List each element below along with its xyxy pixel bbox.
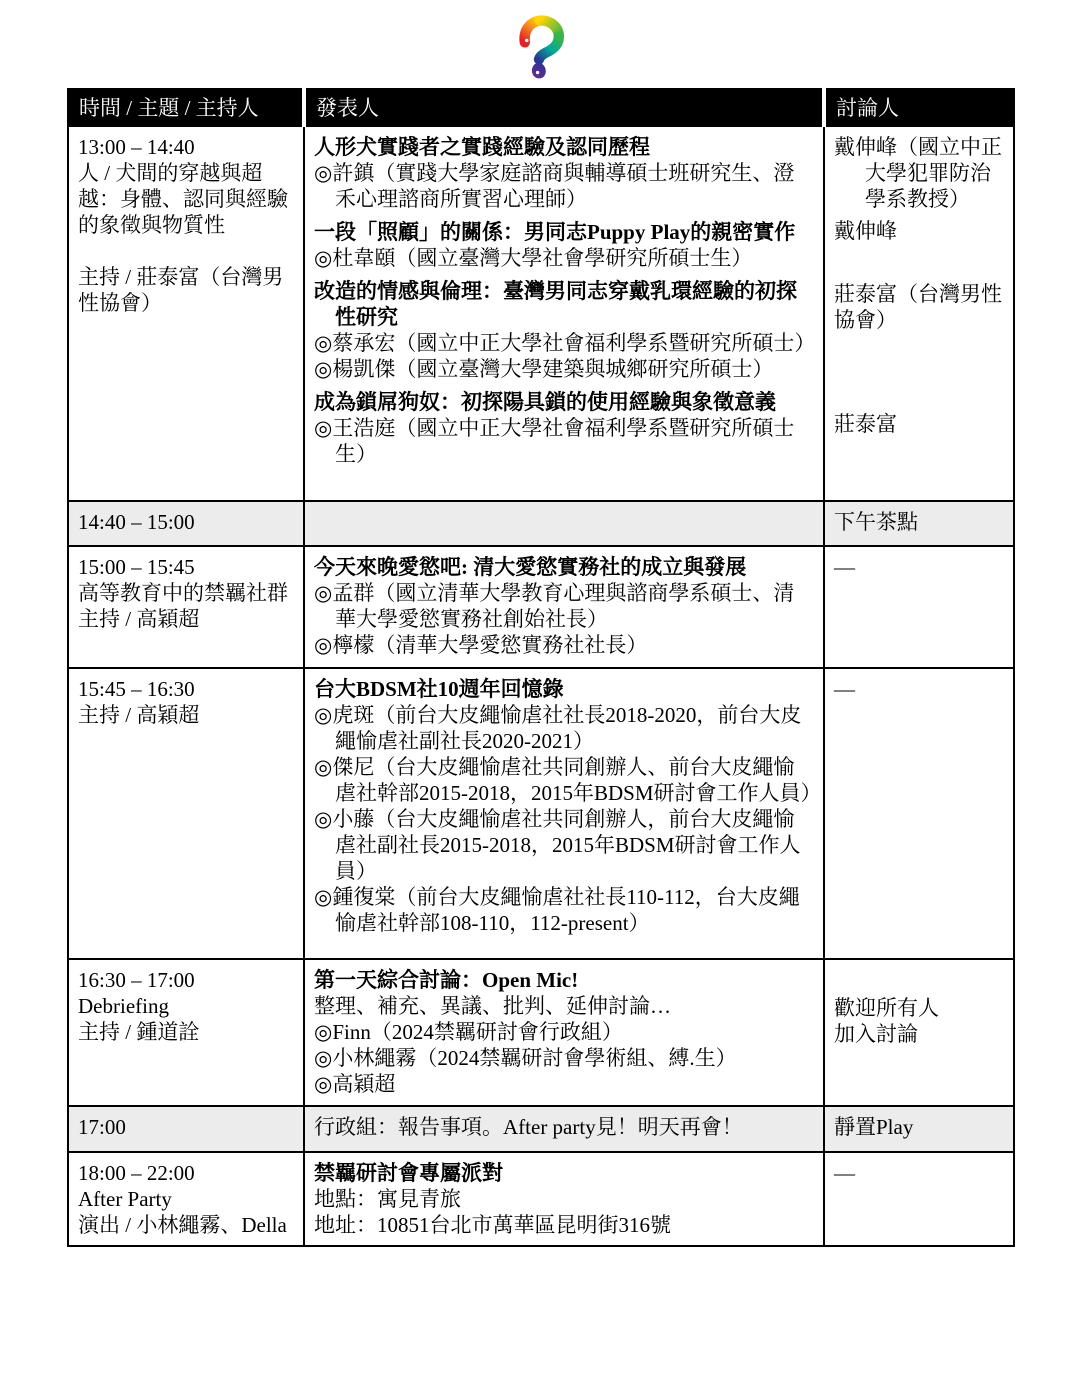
presenter: ◎Finn（2024禁羈研討會行政組）: [314, 1019, 815, 1045]
session-host: 演出 / 小林繩霧、Della: [78, 1212, 295, 1238]
session-host: 主持 / 高穎超: [78, 606, 295, 632]
presentation: 台大BDSM社10週年回憶錄 ◎虎斑（前台大皮繩愉虐社社長2018-2020，前…: [314, 676, 815, 936]
col-header-discussants: 討論人: [824, 89, 1014, 126]
presenter: ◎蔡承宏（國立中正大學社會福利學系暨研究所碩士）: [314, 330, 815, 356]
break-empty-cell: [304, 501, 824, 546]
discussant: 戴伸峰（國立中正大學犯罪防治學系教授）: [834, 134, 1005, 212]
discussant-dash: —: [834, 676, 1005, 702]
discussant-note: 靜置Play: [834, 1114, 1005, 1140]
presentation: 改造的情感與倫理：臺灣男同志穿戴乳環經驗的初探性研究 ◎蔡承宏（國立中正大學社會…: [314, 278, 815, 382]
discussant: 莊泰富: [834, 411, 1005, 437]
presenter: ◎孟群（國立清華大學教育心理與諮商學系碩士、清華大學愛慾實務社創始社長）: [314, 580, 815, 632]
presentation-title: 成為鎖屌狗奴：初探陽具鎖的使用經驗與象徵意義: [314, 389, 815, 415]
presentation-title: 禁羈研討會專屬派對: [314, 1160, 815, 1186]
announcement-discussant-cell: 靜置Play: [824, 1106, 1014, 1152]
session-time: 16:30 – 17:00: [78, 967, 295, 993]
session-row-1: 13:00 – 14:40 人 / 犬間的穿越與超越：身體、認同與經驗的象徵與物…: [68, 126, 1014, 501]
presenter: ◎高穎超: [314, 1071, 815, 1097]
presenter: ◎楊凱傑（國立臺灣大學建築與城鄉研究所碩士）: [314, 356, 815, 382]
presentation-title: 一段「照顧」的關係：男同志Puppy Play的親密實作: [314, 219, 815, 245]
presentation: 一段「照顧」的關係：男同志Puppy Play的親密實作 ◎杜韋頤（國立臺灣大學…: [314, 219, 815, 271]
presentation-title: 今天來晚愛慾吧: 清大愛慾實務社的成立與發展: [314, 554, 815, 580]
session-1-discussants-cell: 戴伸峰（國立中正大學犯罪防治學系教授） 戴伸峰 莊泰富（台灣男性協會） 莊泰富: [824, 126, 1014, 501]
announcement-row: 17:00 行政組：報告事項。After party見！明天再會！ 靜置Play: [68, 1106, 1014, 1152]
presentation-title: 改造的情感與倫理：臺灣男同志穿戴乳環經驗的初探性研究: [314, 278, 815, 330]
conference-program-page: 時間 / 主題 / 主持人 發表人 討論人 13:00 – 14:40 人 / …: [0, 0, 1080, 1398]
session-4-discussants-cell: 歡迎所有人 加入討論: [824, 959, 1014, 1106]
presenter: ◎小藤（台大皮繩愉虐社共同創辦人，前台大皮繩愉虐社副社長2015-2018，20…: [314, 806, 815, 884]
program-table: 時間 / 主題 / 主持人 發表人 討論人 13:00 – 14:40 人 / …: [67, 88, 1015, 1247]
presentation-title: 第一天綜合討論：Open Mic!: [314, 967, 815, 993]
question-mark-icon: [506, 14, 572, 82]
session-topic: After Party: [78, 1186, 295, 1212]
session-2-presentations-cell: 今天來晚愛慾吧: 清大愛慾實務社的成立與發展 ◎孟群（國立清華大學教育心理與諮商…: [304, 546, 824, 668]
session-2-meta-cell: 15:00 – 15:45 高等教育中的禁羈社群 主持 / 高穎超: [68, 546, 304, 668]
break-time-cell: 14:40 – 15:00: [68, 501, 304, 546]
break-row: 14:40 – 15:00 下午茶點: [68, 501, 1014, 546]
session-3-presentations-cell: 台大BDSM社10週年回憶錄 ◎虎斑（前台大皮繩愉虐社社長2018-2020，前…: [304, 668, 824, 959]
presentation-title: 台大BDSM社10週年回憶錄: [314, 676, 815, 702]
discussant-dash: —: [834, 554, 1005, 580]
discussant-dash: —: [834, 1160, 1005, 1186]
after-party-row: 18:00 – 22:00 After Party 演出 / 小林繩霧、Dell…: [68, 1152, 1014, 1246]
presentation: 第一天綜合討論：Open Mic! 整理、補充、異議、批判、延伸討論… ◎Fin…: [314, 967, 815, 1097]
presenter: ◎鍾復棠（前台大皮繩愉虐社社長110-112，台大皮繩愉虐社幹部108-110，…: [314, 884, 815, 936]
session-1-presentations-cell: 人形犬實踐者之實踐經驗及認同歷程 ◎許鎮（實踐大學家庭諮商與輔導碩士班研究生、澄…: [304, 126, 824, 501]
session-time: 15:45 – 16:30: [78, 676, 295, 702]
session-3-discussants-cell: —: [824, 668, 1014, 959]
break-label: 下午茶點: [834, 509, 1005, 535]
presentation: 今天來晚愛慾吧: 清大愛慾實務社的成立與發展 ◎孟群（國立清華大學教育心理與諮商…: [314, 554, 815, 658]
session-row-2: 15:00 – 15:45 高等教育中的禁羈社群 主持 / 高穎超 今天來晚愛慾…: [68, 546, 1014, 668]
session-1-meta-cell: 13:00 – 14:40 人 / 犬間的穿越與超越：身體、認同與經驗的象徵與物…: [68, 126, 304, 501]
break-label-cell: 下午茶點: [824, 501, 1014, 546]
presenter: ◎王浩庭（國立中正大學社會福利學系暨研究所碩士生）: [314, 415, 815, 467]
session-3-meta-cell: 15:45 – 16:30 主持 / 高穎超: [68, 668, 304, 959]
presentation: 人形犬實踐者之實踐經驗及認同歷程 ◎許鎮（實踐大學家庭諮商與輔導碩士班研究生、澄…: [314, 134, 815, 212]
discussant-note: 歡迎所有人: [834, 995, 1005, 1021]
after-party-details-cell: 禁羈研討會專屬派對 地點：寓見青旅 地址：10851台北市萬華區昆明街316號: [304, 1152, 824, 1246]
session-topic: Debriefing: [78, 993, 295, 1019]
presentation-note: 整理、補充、異議、批判、延伸討論…: [314, 993, 815, 1019]
presenter: ◎檸檬（清華大學愛慾實務社社長）: [314, 632, 815, 658]
discussant-note: 加入討論: [834, 1021, 1005, 1047]
discussant: 莊泰富（台灣男性協會）: [834, 281, 1005, 333]
session-time: 13:00 – 14:40: [78, 134, 295, 160]
col-header-time-topic-host: 時間 / 主題 / 主持人: [68, 89, 304, 126]
session-4-meta-cell: 16:30 – 17:00 Debriefing 主持 / 鍾道詮: [68, 959, 304, 1106]
party-venue: 地點：寓見青旅: [314, 1186, 815, 1212]
discussant: 戴伸峰: [834, 218, 1005, 244]
party-address: 地址：10851台北市萬華區昆明街316號: [314, 1212, 815, 1238]
col-header-presenters: 發表人: [304, 89, 824, 126]
presenter: ◎虎斑（前台大皮繩愉虐社社長2018-2020，前台大皮繩愉虐社副社長2020-…: [314, 702, 815, 754]
announcement-text-cell: 行政組：報告事項。After party見！明天再會！: [304, 1106, 824, 1152]
session-row-4: 16:30 – 17:00 Debriefing 主持 / 鍾道詮 第一天綜合討…: [68, 959, 1014, 1106]
presentation: 禁羈研討會專屬派對 地點：寓見青旅 地址：10851台北市萬華區昆明街316號: [314, 1160, 815, 1238]
presentation: 成為鎖屌狗奴：初探陽具鎖的使用經驗與象徵意義 ◎王浩庭（國立中正大學社會福利學系…: [314, 389, 815, 467]
session-2-discussants-cell: —: [824, 546, 1014, 668]
session-host: 主持 / 鍾道詮: [78, 1019, 295, 1045]
session-time: 15:00 – 15:45: [78, 554, 295, 580]
header-row: 時間 / 主題 / 主持人 發表人 討論人: [68, 89, 1014, 126]
session-time: 18:00 – 22:00: [78, 1160, 295, 1186]
session-time: 14:40 – 15:00: [78, 509, 295, 535]
presenter: ◎小林繩霧（2024禁羈研討會學術組、縛.生）: [314, 1045, 815, 1071]
rainbow-question-mark-logo: [506, 14, 572, 82]
after-party-discussants-cell: —: [824, 1152, 1014, 1246]
presenter: ◎傑尼（台大皮繩愉虐社共同創辦人、前台大皮繩愉虐社幹部2015-2018，201…: [314, 754, 815, 806]
session-time: 17:00: [78, 1114, 295, 1140]
presenter: ◎杜韋頤（國立臺灣大學社會學研究所碩士生）: [314, 245, 815, 271]
announcement-time-cell: 17:00: [68, 1106, 304, 1152]
session-topic: 人 / 犬間的穿越與超越：身體、認同與經驗的象徵與物質性: [78, 160, 295, 238]
presenter: ◎許鎮（實踐大學家庭諮商與輔導碩士班研究生、澄禾心理諮商所實習心理師）: [314, 160, 815, 212]
session-host: 主持 / 莊泰富（台灣男性協會）: [78, 264, 295, 316]
session-host: 主持 / 高穎超: [78, 702, 295, 728]
announcement-text: 行政組：報告事項。After party見！明天再會！: [314, 1114, 815, 1140]
session-topic: 高等教育中的禁羈社群: [78, 580, 295, 606]
after-party-meta-cell: 18:00 – 22:00 After Party 演出 / 小林繩霧、Dell…: [68, 1152, 304, 1246]
session-row-3: 15:45 – 16:30 主持 / 高穎超 台大BDSM社10週年回憶錄 ◎虎…: [68, 668, 1014, 959]
presentation-title: 人形犬實踐者之實踐經驗及認同歷程: [314, 134, 815, 160]
session-4-presentations-cell: 第一天綜合討論：Open Mic! 整理、補充、異議、批判、延伸討論… ◎Fin…: [304, 959, 824, 1106]
